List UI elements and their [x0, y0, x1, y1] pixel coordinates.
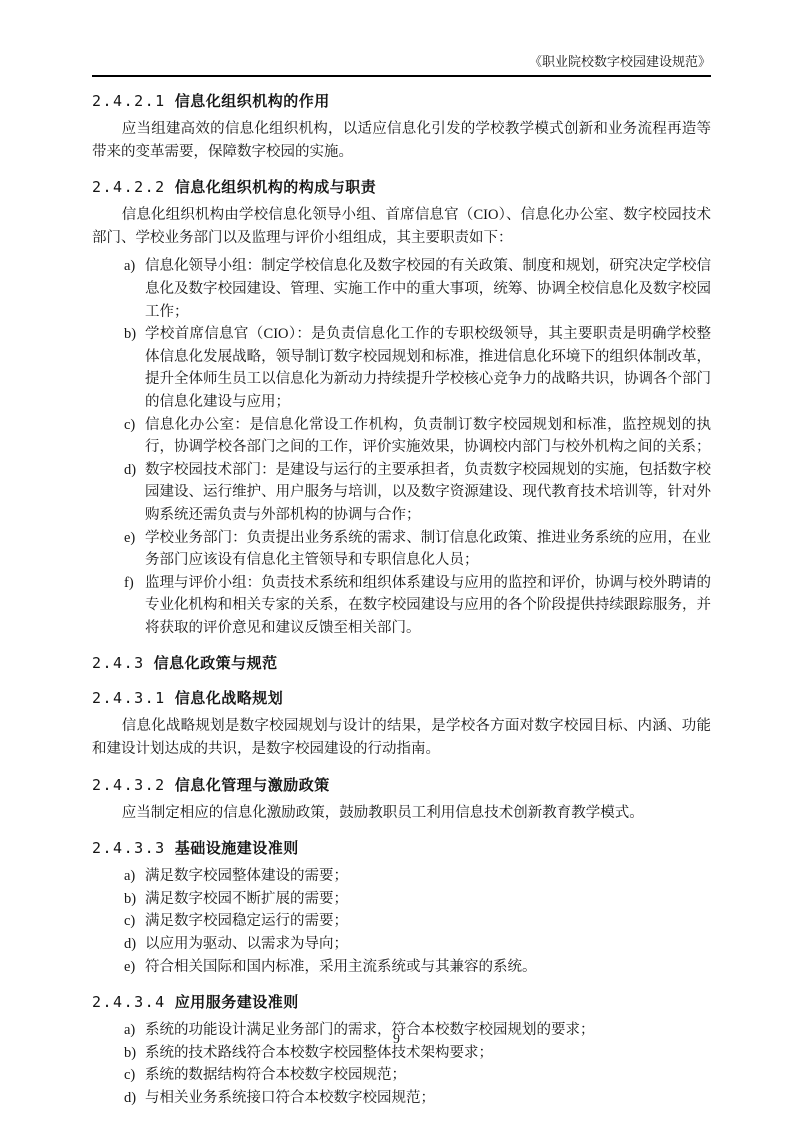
list-item: e) 符合相关国际和国内标准，采用主流系统或与其兼容的系统。 — [92, 956, 711, 979]
list-item-text: 监理与评价小组：负责技术系统和组织体系建设与应用的监控和评价，协调与校外聘请的专… — [145, 575, 711, 636]
list-item: d) 数字校园技术部门：是建设与运行的主要承担者，负责数字校园规划的实施，包括数… — [92, 459, 711, 527]
section-number: 2.4.2.1 — [92, 92, 166, 110]
list-item-label: e) — [124, 956, 135, 979]
section-title: 信息化组织机构的作用 — [175, 93, 330, 110]
page-header: 《职业院校数字校园建设规范》 — [92, 0, 711, 71]
section-heading-2-4-3: 2.4.3信息化政策与规范 — [92, 653, 711, 674]
list-item-label: b) — [124, 323, 136, 346]
infrastructure-criteria-list: a) 满足数字校园整体建设的需要； b) 满足数字校园不断扩展的需要； c) 满… — [92, 865, 711, 978]
document-page: 《职业院校数字校园建设规范》 2.4.2.1信息化组织机构的作用 应当组建高效的… — [0, 0, 793, 1122]
list-item: e) 学校业务部门：负责提出业务系统的需求、制订信息化政策、推进业务系统的应用，… — [92, 527, 711, 572]
responsibility-list: a) 信息化领导小组：制定学校信息化及数字校园的有关政策、制度和规划，研究决定学… — [92, 255, 711, 639]
list-item: f) 监理与评价小组：负责技术系统和组织体系建设与应用的监控和评价，协调与校外聘… — [92, 572, 711, 640]
page-footer: 9 — [0, 1032, 793, 1048]
list-item: a) 满足数字校园整体建设的需要； — [92, 865, 711, 888]
section-number: 2.4.3 — [92, 654, 145, 672]
paragraph: 信息化战略规划是数字校园规划与设计的结果，是学校各方面对数字校园目标、内涵、功能… — [92, 715, 711, 760]
header-divider — [92, 75, 711, 77]
section-heading-2-4-3-2: 2.4.3.2信息化管理与激励政策 — [92, 775, 711, 796]
list-item-text: 学校业务部门：负责提出业务系统的需求、制订信息化政策、推进业务系统的应用，在业务… — [145, 530, 711, 569]
list-item: c) 系统的数据结构符合本校数字校园规范； — [92, 1064, 711, 1087]
list-item-text: 数字校园技术部门：是建设与运行的主要承担者，负责数字校园规划的实施，包括数字校园… — [145, 462, 711, 523]
document-content: 2.4.2.1信息化组织机构的作用 应当组建高效的信息化组织机构，以适应信息化引… — [92, 91, 711, 1110]
section-title: 应用服务建设准则 — [175, 994, 299, 1011]
list-item-label: a) — [124, 865, 135, 888]
section-title: 基础设施建设准则 — [175, 840, 299, 857]
paragraph: 应当组建高效的信息化组织机构，以适应信息化引发的学校教学模式创新和业务流程再造等… — [92, 118, 711, 163]
section-number: 2.4.3.3 — [92, 839, 166, 857]
list-item: a) 信息化领导小组：制定学校信息化及数字校园的有关政策、制度和规划，研究决定学… — [92, 255, 711, 323]
list-item: d) 以应用为驱动、以需求为导向； — [92, 933, 711, 956]
section-heading-2-4-3-3: 2.4.3.3基础设施建设准则 — [92, 838, 711, 859]
paragraph: 信息化组织机构由学校信息化领导小组、首席信息官（CIO）、信息化办公室、数字校园… — [92, 204, 711, 249]
list-item: b) 学校首席信息官（CIO）：是负责信息化工作的专职校级领导，其主要职责是明确… — [92, 323, 711, 413]
list-item-text: 满足数字校园不断扩展的需要； — [145, 891, 348, 907]
list-item-label: c) — [124, 1064, 135, 1087]
list-item-text: 以应用为驱动、以需求为导向； — [145, 936, 348, 952]
page-number: 9 — [393, 1032, 400, 1047]
list-item-label: b) — [124, 888, 136, 911]
section-heading-2-4-3-1: 2.4.3.1信息化战略规划 — [92, 688, 711, 709]
list-item: d) 与相关业务系统接口符合本校数字校园规范； — [92, 1087, 711, 1110]
list-item-text: 系统的数据结构符合本校数字校园规范； — [145, 1067, 406, 1083]
paragraph: 应当制定相应的信息化激励政策，鼓励教职员工利用信息技术创新教育教学模式。 — [92, 802, 711, 825]
list-item-label: a) — [124, 255, 135, 278]
list-item-label: d) — [124, 459, 136, 482]
section-title: 信息化管理与激励政策 — [175, 777, 330, 794]
list-item-text: 信息化领导小组：制定学校信息化及数字校园的有关政策、制度和规划，研究决定学校信息… — [145, 258, 711, 319]
list-item-label: e) — [124, 527, 135, 550]
list-item-label: d) — [124, 933, 136, 956]
header-doc-title: 《职业院校数字校园建设规范》 — [529, 54, 711, 69]
list-item-text: 与相关业务系统接口符合本校数字校园规范； — [145, 1090, 435, 1106]
list-item: c) 信息化办公室：是信息化常设工作机构，负责制订数字校园规划和标准，监控规划的… — [92, 414, 711, 459]
section-title: 信息化政策与规范 — [154, 655, 278, 672]
list-item-text: 符合相关国际和国内标准，采用主流系统或与其兼容的系统。 — [145, 959, 537, 975]
section-title: 信息化组织机构的构成与职责 — [175, 179, 377, 196]
list-item-text: 学校首席信息官（CIO）：是负责信息化工作的专职校级领导，其主要职责是明确学校整… — [145, 326, 711, 410]
section-number: 2.4.2.2 — [92, 178, 166, 196]
section-number: 2.4.3.4 — [92, 993, 166, 1011]
list-item-text: 满足数字校园整体建设的需要； — [145, 868, 348, 884]
list-item-label: c) — [124, 910, 135, 933]
section-heading-2-4-2-1: 2.4.2.1信息化组织机构的作用 — [92, 91, 711, 112]
section-title: 信息化战略规划 — [175, 690, 284, 707]
list-item-label: d) — [124, 1087, 136, 1110]
section-number: 2.4.3.1 — [92, 689, 166, 707]
section-heading-2-4-2-2: 2.4.2.2信息化组织机构的构成与职责 — [92, 177, 711, 198]
list-item-label: f) — [124, 572, 134, 595]
section-heading-2-4-3-4: 2.4.3.4应用服务建设准则 — [92, 992, 711, 1013]
section-number: 2.4.3.2 — [92, 776, 166, 794]
list-item-text: 满足数字校园稳定运行的需要； — [145, 913, 348, 929]
list-item-text: 信息化办公室：是信息化常设工作机构，负责制订数字校园规划和标准，监控规划的执行，… — [145, 417, 711, 456]
list-item-label: c) — [124, 414, 135, 437]
list-item: c) 满足数字校园稳定运行的需要； — [92, 910, 711, 933]
list-item: b) 满足数字校园不断扩展的需要； — [92, 888, 711, 911]
